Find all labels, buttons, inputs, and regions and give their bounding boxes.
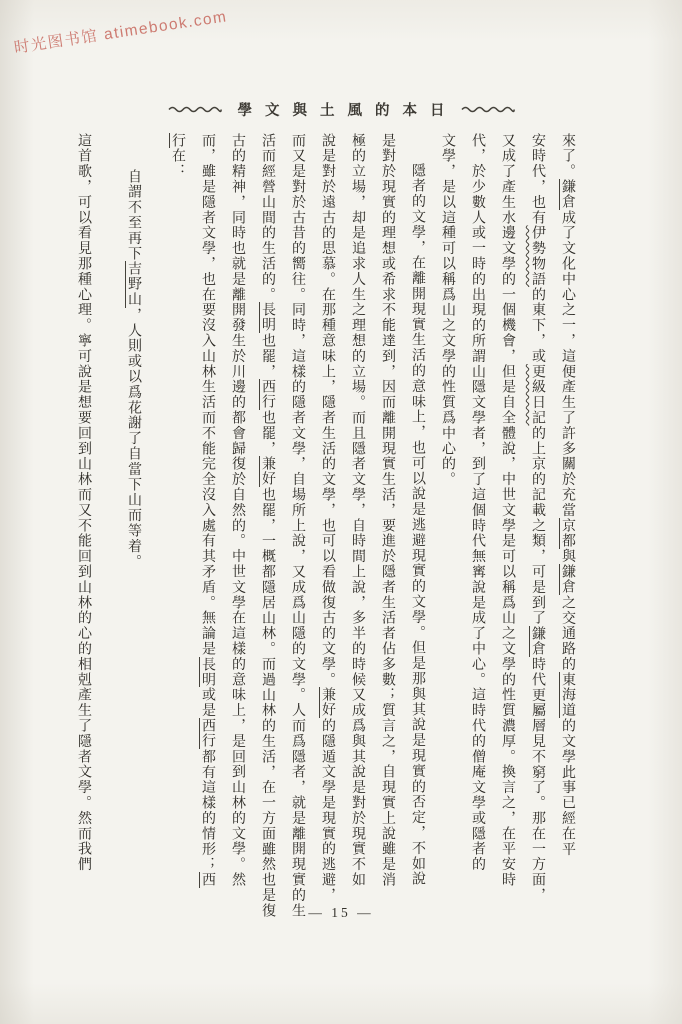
poem-quote: 自謂不至再下吉野山，人則或以爲花謝了自當下山而等着。 (118, 133, 148, 913)
text-column-8: 極的立場，却是追求人生之理想的立場。而且隱者文學，自時間上說，多半的時候又成爲與… (342, 133, 372, 913)
proper-name-mark: 兼好 (319, 687, 335, 718)
watermark: 时光图书馆 atimebook.com (12, 4, 228, 58)
page-number: — 15 — (0, 905, 682, 921)
proper-name-mark: 鎌倉 (559, 179, 575, 210)
header-squiggle-left (168, 105, 222, 114)
proper-name-mark: 長明 (199, 657, 215, 688)
text-column-9: 說是對於遠古的思慕。在那種意味上，隱者生活的文學，也可以看做復古的文學。兼好的隱… (312, 133, 342, 913)
text-column-4: 代，於少數人或一時的出現的所謂山隱文學者，到了這個時代無寗說是成了中心。這時代的… (462, 133, 492, 913)
book-title-mark: 更級日記 (530, 364, 545, 426)
proper-name-mark: 鎌倉 (529, 626, 545, 657)
text-column-11: 活而經營山間的生活的。長明也罷，西行也罷，兼好也罷，一概都隱居山林。而過山林的生… (252, 133, 282, 913)
text-column-12: 古的精神，同時也就是離開發生於川邊的都會歸復於自然的。中世文學在這樣的意味上，是… (222, 133, 252, 913)
text-column-14: 行在： (162, 133, 192, 913)
proper-name-mark: 鎌倉 (559, 564, 575, 595)
text-column-1: 來了。鎌倉成了文化中心之一，這便產生了許多關於充當京都與鎌倉之交通路的東海道的文… (552, 133, 582, 913)
text-column-7: 是對於現實的理想或希求不能達到，因而離開現實生活，要進於隱者生活者佔多數；質言之… (372, 133, 402, 913)
scanned-book-page: 时光图书馆 atimebook.com 學文與土風的本日 來了。鎌倉成了文化中心… (0, 0, 682, 1024)
proper-name-mark: 西行 (199, 718, 215, 749)
book-title-mark: 伊勢物語 (530, 225, 545, 287)
proper-name-mark: 西行 (259, 379, 275, 410)
header-squiggle-right (461, 105, 515, 114)
text-column-10: 而又是對於古昔的嚮往。同時，這樣的隱者文學，自場所上說，又成爲山隱的文學。人而爲… (282, 133, 312, 913)
text-column-5: 文學，是以這種可以稱爲山之文學的性質爲中心的。 (432, 133, 462, 913)
text-block: 來了。鎌倉成了文化中心之一，這便產生了許多關於充當京都與鎌倉之交通路的東海道的文… (68, 133, 582, 913)
text-column-3: 又成了產生水邊文學的一個機會，但是自全體說，中世文學是可以稱爲山之文學的性質濃厚… (492, 133, 522, 913)
text-column-2: 安時代，也有伊勢物語的東下，或更級日記的上京的記載之類，可是到了鎌倉時代更屬層見… (522, 133, 552, 913)
proper-name-mark: 兼好 (259, 456, 275, 487)
proper-name-mark: 京都 (559, 518, 575, 549)
text-column-16: 這首歌，可以看見那種心理。寧可說是想要回到山林而又不能回到山林的心的相剋產生了隱… (68, 133, 98, 913)
proper-name-mark: 長明 (259, 302, 275, 333)
page-header: 學文與土風的本日 (0, 99, 682, 120)
proper-name-mark: 吉野山 (125, 261, 141, 307)
header-title: 學文與土風的本日 (238, 99, 458, 120)
proper-name-mark: 西 (199, 872, 215, 887)
text-column-6: 隱者的文學，在離開現實生活的意味上，也可以說是逃避現實的文學。但是那與其說是現實… (402, 133, 432, 913)
proper-name-mark: 東海道 (559, 672, 575, 718)
proper-name-mark: 行 (169, 133, 185, 148)
text-column-13: 而，雖是隱者文學，也在要沒入山林生活而不能完全沒入處有其矛盾。無論是長明或是西行… (192, 133, 222, 913)
